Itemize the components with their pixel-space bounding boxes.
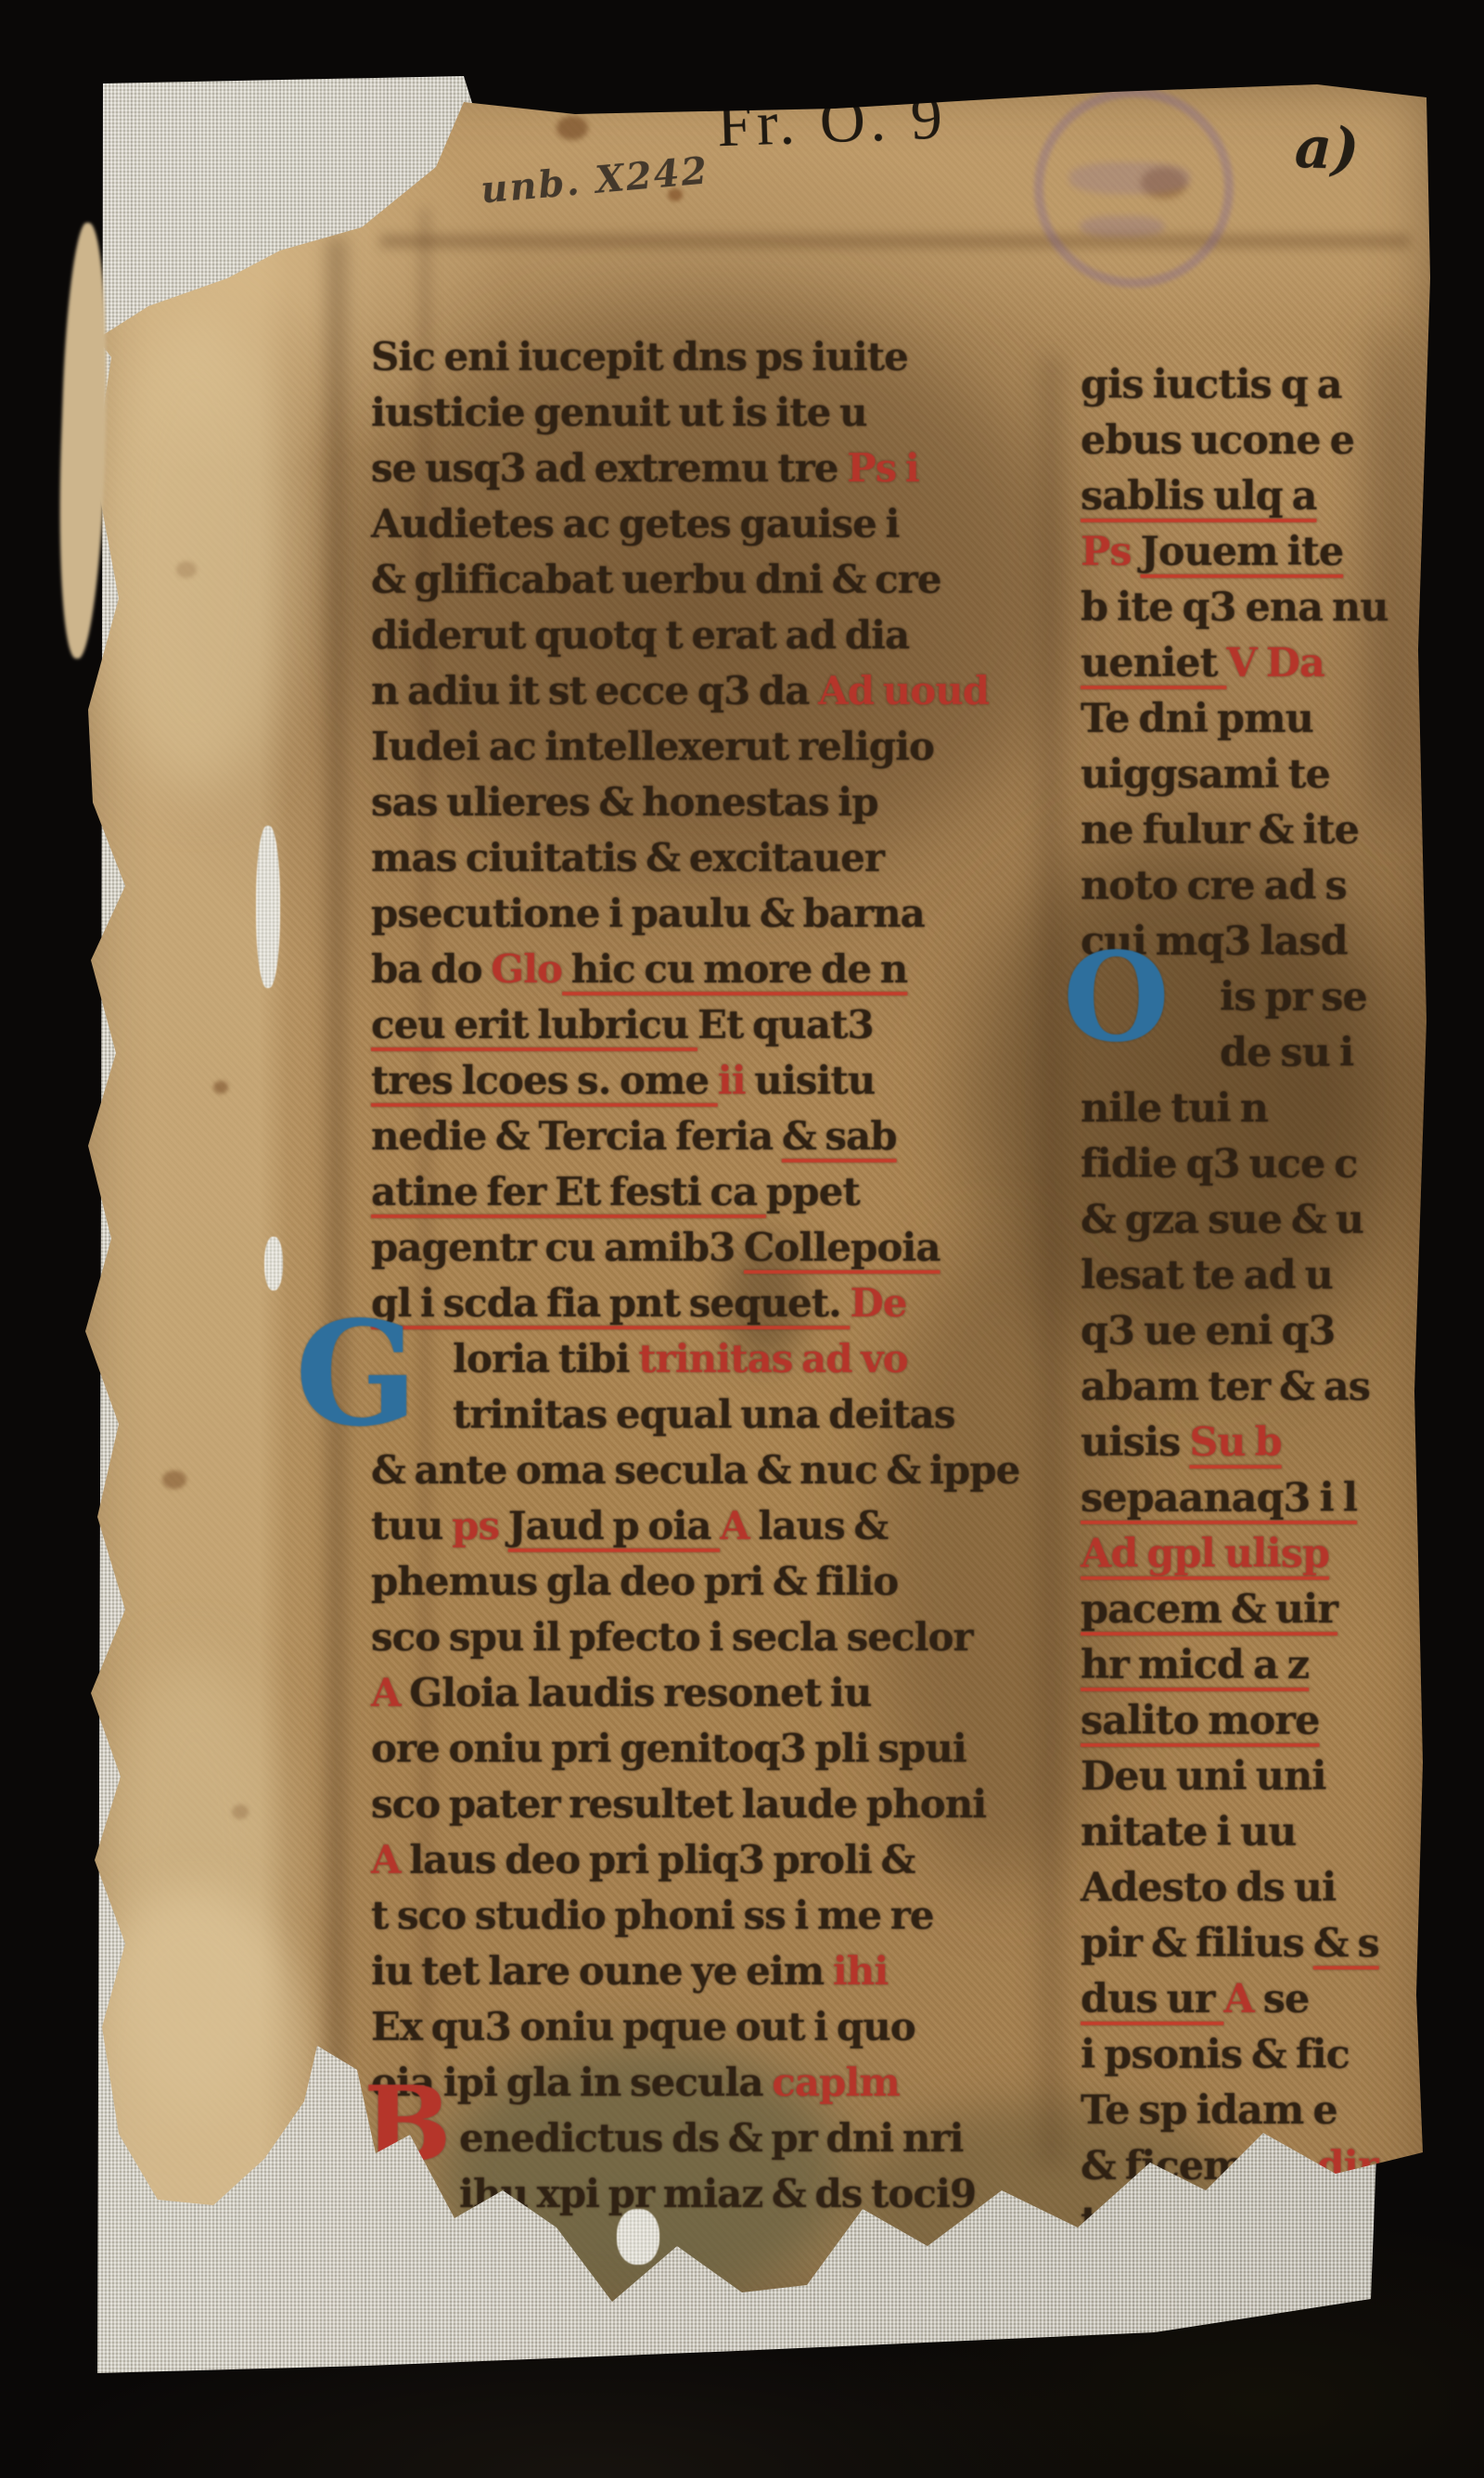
text-segment: & ante oma secula & nuc & ippe <box>371 1447 1019 1493</box>
text-segment: se <box>1263 1976 1310 2022</box>
text-line: iu tet lare oune ye eim ihi <box>371 1948 888 2004</box>
library-stamp <box>1034 88 1234 288</box>
text-segment: ps <box>452 1503 508 1548</box>
text-line: & glificabat uerbu dni & cre <box>371 557 941 612</box>
text-segment: sco pater resultet laude phoni <box>371 1781 986 1827</box>
text-segment: tres lcoes s. ome <box>371 1058 718 1103</box>
text-segment: ii <box>718 1058 746 1103</box>
text-segment: Deu uni uni <box>1081 1753 1326 1800</box>
text-segment: pir & filius <box>1081 1920 1313 1967</box>
text-segment: trinitas ad vo <box>638 1336 907 1381</box>
text-segment: noto cre ad s <box>1081 863 1347 909</box>
text-segment: salito more <box>1081 1698 1319 1744</box>
text-line: abam ter & as <box>1081 1364 1370 1419</box>
text-segment: laus deo pri pliq3 proli & <box>409 1837 915 1882</box>
text-segment: Et quat3 <box>697 1002 874 1047</box>
text-segment: dus ur <box>1081 1976 1223 2022</box>
text-segment: A <box>720 1503 758 1548</box>
text-line: Iudei ac intellexerut religio <box>371 724 934 779</box>
leaf-letter-annotation: a) <box>1294 113 1361 183</box>
text-line: sepaanaq3 i l <box>1081 1475 1357 1531</box>
text-segment: de su i <box>1220 1030 1353 1076</box>
text-line: lesat te ad u <box>1081 1252 1333 1308</box>
text-segment: & glificabat uerbu dni & cre <box>371 557 941 602</box>
stamp-smudge <box>1069 162 1190 194</box>
text-line: dus ur A se <box>1081 1976 1309 2032</box>
text-line: sco spu il pfecto i secla seclor <box>371 1614 973 1670</box>
text-segment: hr micd a z <box>1081 1642 1309 1688</box>
text-segment: & s <box>1313 1920 1379 1967</box>
text-line: salito more <box>1081 1698 1319 1753</box>
text-line: se usq3 ad extremu tre Ps i <box>371 445 919 501</box>
text-line: gl i scda fia pnt sequet. De <box>371 1280 907 1336</box>
text-line: fidie q3 uce c <box>1081 1141 1357 1197</box>
text-segment: iusticie genuit ut is ite u <box>371 390 867 435</box>
text-line: Sic eni iucepit dns ps iuite <box>371 334 908 390</box>
text-segment: ppet <box>766 1169 860 1214</box>
text-line: b ite q3 ena nu <box>1081 584 1388 640</box>
text-line: A Gloia laudis resonet iu <box>371 1670 871 1726</box>
text-line: is pr se <box>1220 974 1367 1030</box>
hole-in-parchment <box>264 1237 283 1290</box>
text-segment: uisitu <box>746 1058 876 1103</box>
text-segment: q3 ue eni q3 <box>1081 1308 1335 1355</box>
text-line: de su i <box>1220 1030 1353 1085</box>
text-line: t sco studio phoni ss i me re <box>371 1893 934 1948</box>
text-segment: ebus ucone e <box>1081 417 1354 464</box>
text-segment: n adiu it st ecce q3 da <box>371 668 818 713</box>
text-segment: i psonis & fic <box>1081 2032 1350 2078</box>
text-segment: A <box>371 1670 409 1715</box>
text-line: & gza sue & u <box>1081 1197 1363 1252</box>
text-line: q3 ue eni q3 <box>1081 1308 1335 1364</box>
text-line: atine fer Et festi ca ppet <box>371 1169 860 1225</box>
text-line: mas ciuitatis & excitauer <box>371 835 884 891</box>
text-line: loria tibi trinitas ad vo <box>453 1336 908 1392</box>
stain <box>1363 320 1419 840</box>
text-segment: Ad uoud <box>818 668 989 713</box>
text-segment: b ite q3 ena nu <box>1081 584 1388 631</box>
text-segment: Te dni pmu <box>1081 696 1313 742</box>
text-segment: Glo <box>491 946 562 992</box>
text-segment: hic cu more de n <box>562 946 907 992</box>
text-line: Te sp idam e <box>1081 2087 1337 2143</box>
text-segment: lesat te ad u <box>1081 1252 1333 1299</box>
text-segment: laus & <box>758 1503 888 1548</box>
text-line: Deu uni uni <box>1081 1753 1326 1809</box>
text-segment: De <box>850 1280 906 1326</box>
text-line: phemus gla deo pri & filio <box>371 1559 898 1614</box>
pencil-shelfmark: unb. X242 <box>479 148 710 212</box>
text-segment: sablis ulq a <box>1081 473 1316 520</box>
text-line: sablis ulq a <box>1081 473 1316 529</box>
text-line: Te dni pmu <box>1081 696 1313 751</box>
parchment-fragment: unb. X242 Fr. O. 9 a) Sic eni iucepit dn… <box>74 79 1433 2305</box>
stain <box>556 116 588 140</box>
text-line: ueniet V Da <box>1081 640 1324 696</box>
text-segment: Su b <box>1189 1419 1281 1466</box>
text-line: ba do Glo hic cu more de n <box>371 946 907 1002</box>
text-segment: sas ulieres & honestas ip <box>371 779 878 825</box>
text-segment: se usq3 ad extremu tre <box>371 445 847 491</box>
text-segment: Iudei ac intellexerut religio <box>371 724 934 769</box>
text-segment: Sic eni iucepit dns ps iuite <box>371 334 908 379</box>
text-segment: abam ter & as <box>1081 1364 1370 1410</box>
text-segment: Gloia laudis resonet iu <box>409 1670 871 1715</box>
text-segment: ore oniu pri genitoq3 pli spui <box>371 1726 966 1771</box>
stamp-smudge <box>1081 216 1164 237</box>
text-line: sco pater resultet laude phoni <box>371 1781 986 1837</box>
text-line: tres lcoes s. ome ii uisitu <box>371 1058 875 1113</box>
text-segment: tuu <box>371 1503 452 1548</box>
text-segment: ueniet <box>1081 640 1226 687</box>
text-segment: phemus gla deo pri & filio <box>371 1559 898 1604</box>
stain <box>162 1470 186 1489</box>
text-segment: V Da <box>1226 640 1324 687</box>
stain <box>232 1804 249 1819</box>
text-segment: Collepoia <box>744 1225 940 1270</box>
text-segment: nitate i uu <box>1081 1809 1296 1855</box>
fold-crease <box>1039 357 1063 2166</box>
text-segment: diderut quotq t erat ad dia <box>371 612 909 658</box>
text-segment: Ps i <box>847 445 919 491</box>
text-line: Audietes ac getes gauise i <box>371 501 899 557</box>
text-segment: gis iuctis q a <box>1081 362 1342 408</box>
text-segment: Ps <box>1081 529 1141 575</box>
text-line: hr micd a z <box>1081 1642 1309 1698</box>
text-segment: Te sp idam e <box>1081 2087 1337 2134</box>
text-line: trinitas equal una deitas <box>453 1392 954 1447</box>
text-segment: loria tibi <box>453 1336 638 1381</box>
text-line: i psonis & fic <box>1081 2032 1350 2087</box>
text-line: Ad gpl ulisp <box>1081 1531 1329 1586</box>
ink-shelfmark: Fr. O. 9 <box>716 81 948 162</box>
text-line: ceu erit lubricu Et quat3 <box>371 1002 874 1058</box>
text-segment: gl i scda fia pnt sequet. <box>371 1280 850 1326</box>
text-segment: caplm <box>772 2060 900 2105</box>
text-line: psecutione i paulu & barna <box>371 891 925 946</box>
text-line: iusticie genuit ut is ite u <box>371 390 867 445</box>
text-segment: t sco studio phoni ss i me re <box>371 1893 934 1938</box>
text-segment: Jouem ite <box>1141 529 1344 575</box>
text-segment: A <box>1223 1976 1262 2022</box>
text-line: pir & filius & s <box>1081 1920 1379 1976</box>
hole-in-parchment <box>256 826 280 988</box>
stain <box>176 561 197 578</box>
text-segment: nile tui n <box>1081 1085 1268 1132</box>
text-segment: is pr se <box>1220 974 1367 1021</box>
text-segment: Ex qu3 oniu pque out i quo <box>371 2004 915 2049</box>
text-segment: ceu erit lubricu <box>371 1002 697 1047</box>
text-segment: & gza sue & u <box>1081 1197 1363 1243</box>
text-line: tuu ps Jaud p oia A laus & <box>371 1503 888 1559</box>
text-segment: Ad gpl ulisp <box>1081 1531 1329 1577</box>
fold-crease <box>380 235 1410 248</box>
text-segment: uisis <box>1081 1419 1189 1466</box>
text-line: nedie & Tercia feria & sab <box>371 1113 897 1169</box>
text-segment: ihu xpi pr miaz & ds toci9 <box>459 2171 976 2216</box>
text-line: Ex qu3 oniu pque out i quo <box>371 2004 915 2060</box>
text-line: ne fulur & ite <box>1081 807 1359 863</box>
light-patch <box>93 311 297 793</box>
text-segment: psecutione i paulu & barna <box>371 891 925 936</box>
text-line: nile tui n <box>1081 1085 1268 1141</box>
text-segment: iu tet lare oune ye eim <box>371 1948 833 1994</box>
stain <box>213 1081 228 1094</box>
text-segment: mas ciuitatis & excitauer <box>371 835 884 880</box>
text-segment: enedictus ds & pr dni nri <box>459 2115 963 2161</box>
decorated-initial-G: G <box>295 1302 417 1445</box>
text-segment: Audietes ac getes gauise i <box>371 501 899 546</box>
text-segment: ihi <box>833 1948 888 1994</box>
text-segment: ba do <box>371 946 491 992</box>
text-line: gis iuctis q a <box>1081 362 1342 417</box>
text-segment: Jaud p oia <box>508 1503 720 1548</box>
text-segment: ne fulur & ite <box>1081 807 1359 854</box>
text-line: pagentr cu amib3 Collepoia <box>371 1225 940 1280</box>
fold-crease <box>326 237 347 2074</box>
text-segment: pacem & uir <box>1081 1586 1337 1633</box>
text-segment: sco spu il pfecto i secla seclor <box>371 1614 973 1660</box>
text-line: nitate i uu <box>1081 1809 1296 1865</box>
text-line: sas ulieres & honestas ip <box>371 779 878 835</box>
text-segment: uiggsami te <box>1081 751 1330 798</box>
photograph-of-manuscript-fragment: unb. X242 Fr. O. 9 a) Sic eni iucepit dn… <box>0 0 1484 2478</box>
text-line: pacem & uir <box>1081 1586 1337 1642</box>
text-line: diderut quotq t erat ad dia <box>371 612 909 668</box>
text-line: ebus ucone e <box>1081 417 1354 473</box>
text-line: uiggsami te <box>1081 751 1330 807</box>
text-segment: atine fer Et festi ca <box>371 1169 766 1214</box>
text-segment: pagentr cu amib3 <box>371 1225 744 1270</box>
text-segment: fidie q3 uce c <box>1081 1141 1357 1188</box>
text-line: & ante oma secula & nuc & ippe <box>371 1447 1019 1503</box>
text-line: Ps Jouem ite <box>1081 529 1343 584</box>
decorated-initial-O: O <box>1063 937 1170 1059</box>
text-segment: & sab <box>782 1113 897 1159</box>
light-patch <box>102 1656 288 2120</box>
text-line: Adesto ds ui <box>1081 1865 1336 1920</box>
text-segment: Adesto ds ui <box>1081 1865 1336 1911</box>
text-line: n adiu it st ecce q3 da Ad uoud <box>371 668 989 724</box>
text-line: ore oniu pri genitoq3 pli spui <box>371 1726 966 1781</box>
text-segment: A <box>371 1837 409 1882</box>
text-line: uisis Su b <box>1081 1419 1282 1475</box>
text-segment: trinitas equal una deitas <box>453 1392 954 1437</box>
text-line: enedictus ds & pr dni nri <box>459 2115 963 2171</box>
text-segment: sepaanaq3 i l <box>1081 1475 1357 1521</box>
text-line: A laus deo pri pliq3 proli & <box>371 1837 915 1893</box>
text-segment: nedie & Tercia feria <box>371 1113 782 1159</box>
text-line: noto cre ad s <box>1081 863 1347 918</box>
